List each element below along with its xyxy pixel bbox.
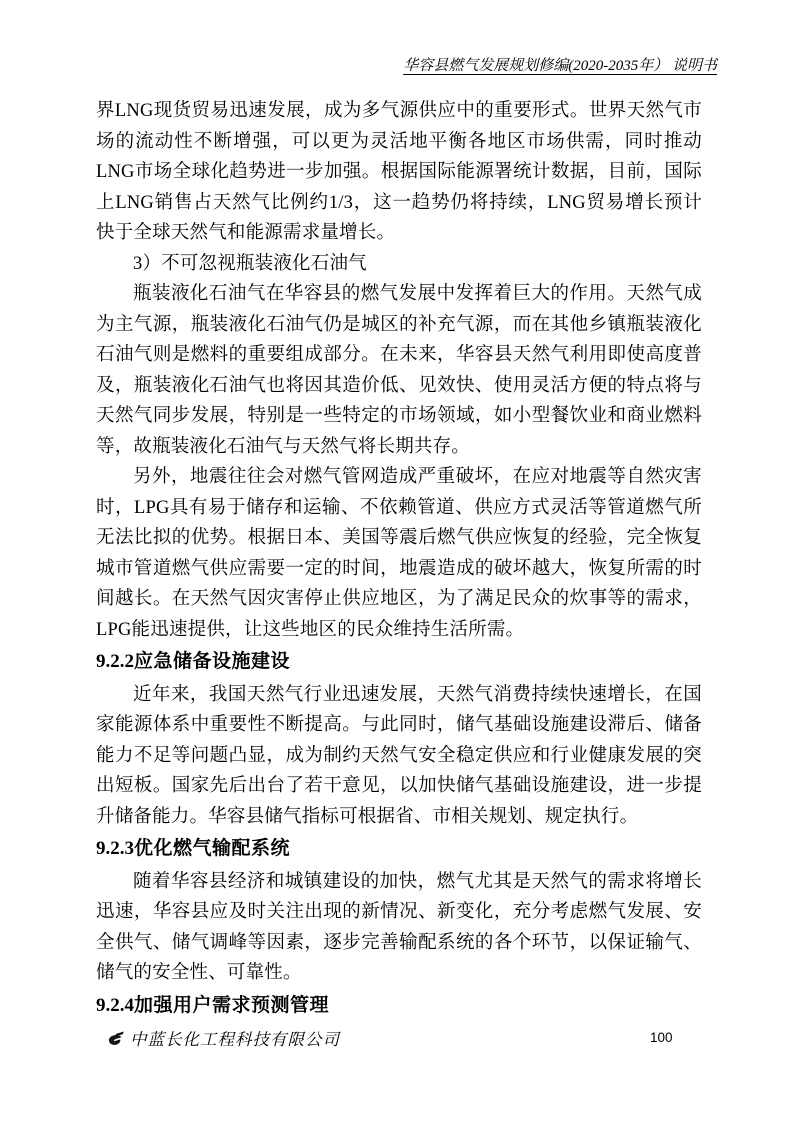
section-title: 应急储备设施建设 <box>134 651 290 672</box>
paragraph-storage: 近年来，我国天然气行业迅速发展，天然气消费持续快速增长，在国家能源体系中重要性不… <box>96 680 702 833</box>
section-number: 9.2.4 <box>96 995 134 1016</box>
paragraph-world-lng: 界LNG现货贸易迅速发展，成为多气源供应中的重要形式。世界天然气市场的流动性不断… <box>96 96 702 249</box>
document-page: 华容县燃气发展规划修编(2020-2035年） 说明书 界LNG现货贸易迅速发展… <box>0 0 794 1122</box>
company-name: 中蓝长化工程科技有限公司 <box>130 1026 340 1050</box>
section-heading-923: 9.2.3优化燃气输配系统 <box>96 834 702 865</box>
paragraph-lpg-role: 瓶装液化石油气在华容县的燃气发展中发挥着巨大的作用。天然气成为主气源，瓶装液化石… <box>96 279 702 462</box>
section-heading-922: 9.2.2应急储备设施建设 <box>96 647 702 678</box>
section-title: 加强用户需求预测管理 <box>134 995 329 1016</box>
page-footer: 中蓝长化工程科技有限公司 <box>107 1026 340 1050</box>
page-header: 华容县燃气发展规划修编(2020-2035年） 说明书 <box>96 55 717 77</box>
section-heading-924: 9.2.4加强用户需求预测管理 <box>96 991 702 1022</box>
company-logo-icon <box>107 1030 125 1047</box>
header-title: 华容县燃气发展规划修编(2020-2035年） 说明书 <box>403 58 717 74</box>
document-body: 界LNG现货贸易迅速发展，成为多气源供应中的重要形式。世界天然气市场的流动性不断… <box>96 96 702 1023</box>
page-number: 100 <box>650 1030 673 1045</box>
list-item-heading: 3）不可忽视瓶装液化石油气 <box>96 249 702 280</box>
section-title: 优化燃气输配系统 <box>134 838 290 859</box>
paragraph-network: 随着华容县经济和城镇建设的加快，燃气尤其是天然气的需求将增长迅速，华容县应及时关… <box>96 867 702 989</box>
paragraph-lpg-disaster: 另外，地震往往会对燃气管网造成严重破坏，在应对地震等自然灾害时，LPG具有易于储… <box>96 462 702 645</box>
section-number: 9.2.2 <box>96 651 134 672</box>
section-number: 9.2.3 <box>96 838 134 859</box>
